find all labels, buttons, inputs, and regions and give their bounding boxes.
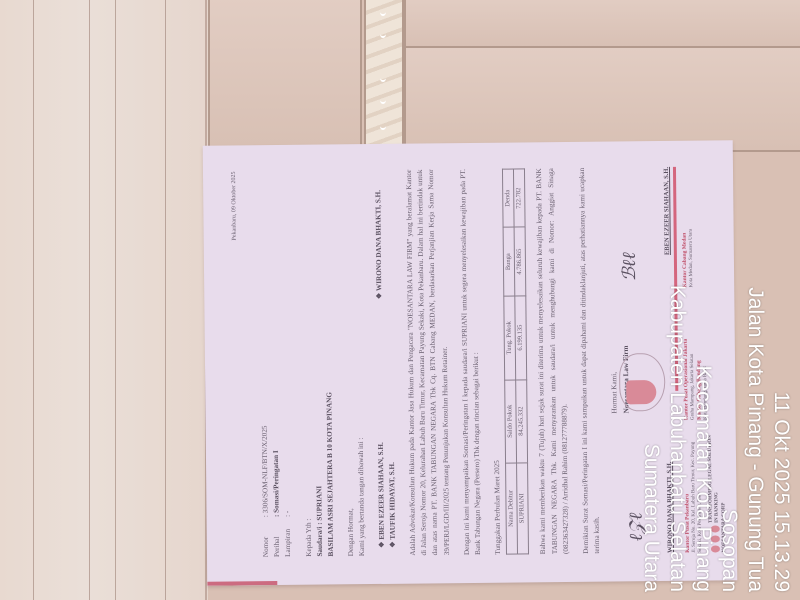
overlay-timestamp: 11 Okt 2025 15.13.29	[768, 0, 794, 592]
decorative-border-tile	[364, 0, 404, 152]
table-cell: 722.782	[514, 169, 526, 227]
paragraph-notice: Dengan ini kami menyampaikan Somasi/Peri…	[458, 169, 484, 555]
table-header: Tung. Pokok	[504, 296, 516, 380]
paragraph-firm: Adalah Advokat/Konsultan Hukum pada Kant…	[404, 169, 453, 555]
overlay-regency: Kabupaten Labuhanbatu Selatan	[664, 0, 690, 592]
greeting: Dengan Hormat, Kami yang bertanda tangan…	[342, 170, 368, 556]
paragraph-closing: Demikian Surat Somasi/Peringatan I ini k…	[577, 168, 603, 554]
letterhead-accent	[207, 581, 277, 586]
letter-date: Pekanbaru, 09 Oktober 2025	[229, 171, 241, 240]
geotag-overlay: 11 Okt 2025 15.13.29 Jalan Kota Pinang -…	[630, 0, 800, 600]
letter-meta: Nomor: 3306/SOM-NLF/BTN/X/2025 Perihal: …	[257, 171, 295, 557]
table-cell: 6.199.135	[515, 296, 527, 380]
arrears-section: Tunggakan Perbulan Maret 2025 Nama Debit…	[489, 168, 529, 554]
arrears-table: Nama DebiturSaldo PokokTung. PokokBungaD…	[502, 168, 529, 554]
table-cell: 4.786.865	[515, 227, 527, 296]
signatory: ❖ EBEN EZEER SIAHAAN, S.H.	[375, 442, 387, 548]
overlay-street: Jalan Kota Pinang - Gunung Tua	[742, 0, 768, 592]
overlay-village: Sosopan	[716, 0, 742, 592]
table-header: Bunga	[504, 227, 516, 296]
table-cell: SUPRIANI	[517, 463, 529, 554]
overlay-district: Kecamatan Kota Pinang	[690, 0, 716, 592]
signatory: ❖ TAUFIK HIDAYAT, S.H.	[387, 462, 399, 548]
signatory-list: ❖ EBEN EZEER SIAHAAN, S.H. ❖ WIRONO DANA…	[373, 170, 399, 556]
recipient-block: Kepada Yth : Saudara/i : SUPRIANI BASILA…	[300, 170, 338, 556]
table-cell: 84.245.332	[516, 379, 528, 462]
signatory: ❖ WIRONO DANA BHAKTI, S.H.	[373, 190, 385, 299]
paragraph-deadline: Bahwa kami memberikan waktu 7 (Tujuh) ha…	[534, 168, 572, 554]
overlay-province: Sumatera Utara	[638, 0, 664, 592]
table-header: Denda	[503, 169, 515, 227]
wooden-surface	[0, 0, 208, 600]
table-header: Saldo Pokok	[505, 380, 517, 463]
